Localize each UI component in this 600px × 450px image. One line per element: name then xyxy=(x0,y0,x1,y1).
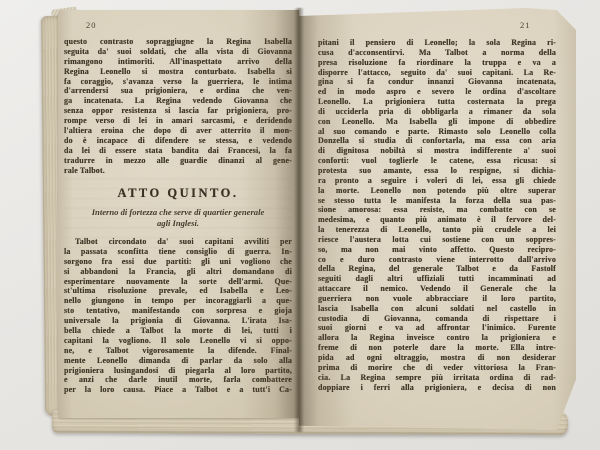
text-line: gina si fa condur innanzi Giovanna incat… xyxy=(318,77,556,87)
text-line: presa risoluzione fa riordinare la trupp… xyxy=(318,58,556,68)
bleed-through-text xyxy=(64,178,292,248)
paper-stains xyxy=(58,10,299,418)
text-line: ra pronto a seguire i voleri di lei, ess… xyxy=(318,176,556,186)
text-line: Donzella si studia di confortarla, ma es… xyxy=(318,136,556,146)
text-line: conforti: vuol toglierle le catene, essa… xyxy=(318,156,556,166)
text-line: rompe verso di lei in amari sarcasmi, e … xyxy=(64,116,292,126)
text-line: Leonello. La prigioniera tutta costernat… xyxy=(318,97,556,107)
text-line: attaccare il nemico. Vedendo il Generale… xyxy=(318,284,556,294)
paper-stains xyxy=(299,8,576,430)
text-line: di dignitosa nobiltà si mostra indiffere… xyxy=(318,146,556,156)
text-line: prima di morire che di veder vittoriosa … xyxy=(318,363,556,373)
text-line: al suo comando e parte. Rimasto solo Leo… xyxy=(318,127,556,137)
text-line: bella chiede a Talbot la morte di lei, t… xyxy=(64,326,292,336)
text-line: seguita da' suoi soldati, che alla vista… xyxy=(64,47,292,57)
text-line: della Regina, del generale Talbot e da F… xyxy=(318,264,556,274)
text-line: guerriera non vuole abbracciare il loro … xyxy=(318,294,556,304)
paragraph-2: Talbot circondato da' suoi capitani avvi… xyxy=(64,237,292,395)
text-line: e anzi che darle inutil morte, farla com… xyxy=(64,375,292,385)
text-line: se stesso tutta le manifesta la forza de… xyxy=(318,196,556,206)
text-line: sione amorosa: essa resiste, ma combatte… xyxy=(318,205,556,215)
text-line: prigioniera lusingandosi di piegarla al … xyxy=(64,366,292,376)
text-line: freme di non poterle dare la morte. Ella… xyxy=(318,343,556,353)
text-line: esperimentare nuovamente la sorte dell'a… xyxy=(64,277,292,287)
text-line: pitani il pensiero di Leonello; la sola … xyxy=(318,38,556,48)
text-line: lascia Isabella con alcuni soldati nel c… xyxy=(318,304,556,314)
text-line: per la loro causa. Piace a Talbot e a tu… xyxy=(64,385,292,395)
text-line: nello giungono in tempo per incoraggiarl… xyxy=(64,296,292,306)
paragraph-continuation: pitani il pensiero di Leonello; la sola … xyxy=(318,38,556,392)
text-line: Regina Leonello si mostra conturbato. Is… xyxy=(64,67,292,77)
text-line: ed in modo aspro e severo le ordina d'as… xyxy=(318,87,556,97)
scene-description: Interno di fortezza che serve di quartie… xyxy=(60,207,296,228)
right-page: 21 pitani il pensiero di Leonello; la so… xyxy=(299,8,576,430)
text-line: medesima, e quanto più animato è il ferv… xyxy=(318,215,556,225)
text-line: st'ultima risoluzione prevale, ed Isabel… xyxy=(64,286,292,296)
text-line: seguiti dagli altri uffiziali tutti inca… xyxy=(318,274,556,284)
text-line: l'altiera eroina che dopo di aver atterr… xyxy=(64,126,292,136)
text-line: doppiare i ferri alla prigioniera, e dec… xyxy=(318,383,556,393)
text-line: Talbot circondato da' suoi capitani avvi… xyxy=(64,237,292,247)
text-line: riesce l'austera lotta cui sostiene con … xyxy=(318,235,556,245)
text-line: pida ad ogni oltraggio, mostra di non de… xyxy=(318,353,556,363)
text-line: sto tentativo, manifestando con sorpresa… xyxy=(64,306,292,316)
text-line: fa coraggio, s'avanza verso la guerriera… xyxy=(64,77,292,87)
text-line: so, ma non mai vinto affetto. Questo rec… xyxy=(318,245,556,255)
text-line: rimangono intimoriti. All'inaspettato ar… xyxy=(64,57,292,67)
text-line: cusa d'acconsentirvi. Ma Talbot a norma … xyxy=(318,48,556,58)
text-line: Interno di fortezza che serve di quartie… xyxy=(60,207,296,218)
text-line: universale la prigionia di Giovanna. L'i… xyxy=(64,316,292,326)
text-line: disporre l'attacco, seguito da' suoi cap… xyxy=(318,68,556,78)
text-line: do è incapace di difendere se stessa, e … xyxy=(64,136,292,146)
text-line: protesta suo amante, essa lo respigne, s… xyxy=(318,166,556,176)
page-number-right: 21 xyxy=(520,20,531,30)
text-line: capitani la vogliono. Il solo Leonello v… xyxy=(64,336,292,346)
text-line: tradurre in mezzo alle guardie dinanzi a… xyxy=(64,156,292,166)
text-line: co e duro contrasto viene interrotto dal… xyxy=(318,255,556,265)
text-line: suoi giorni e va ad affrontar l'inimico.… xyxy=(318,323,556,333)
text-line: allora la Regina inveisce contro la prig… xyxy=(318,333,556,343)
text-line: questo contrasto sopraggiugne la Regina … xyxy=(64,37,292,47)
photo-background: 20 questo contrasto sopraggiugne la Regi… xyxy=(0,0,600,450)
text-line: senza oppor resistenza si lascia far pri… xyxy=(64,106,292,116)
text-line: ne, e Talbot vigorosamente la difende. F… xyxy=(64,346,292,356)
text-line: d'arrendersi sua prigioniera, e ordina c… xyxy=(64,86,292,96)
text-line: ga incatenata. La Regina vedendo Giovann… xyxy=(64,96,292,106)
text-line: da lei di essere stata bandita dai Franc… xyxy=(64,146,292,156)
text-line: la morte. Leonello non potendo più oltre… xyxy=(318,186,556,196)
text-line: di ucciderla pria di obbligarla a rimane… xyxy=(318,107,556,117)
paragraph-1: questo contrasto sopraggiugne la Regina … xyxy=(64,37,292,175)
book-gutter xyxy=(294,8,304,432)
text-line: rale Talbot. xyxy=(64,166,292,176)
act-heading: ATTO QUINTO. xyxy=(64,186,292,201)
text-line: cia. La Regina sempre più irritata ordin… xyxy=(318,373,556,383)
page-number-left: 20 xyxy=(86,20,97,30)
text-line: mente Leonello dimanda di parlar da solo… xyxy=(64,356,292,366)
text-line: la passata sconfitta tiene consiglio di … xyxy=(64,247,292,257)
text-line: custodia di Giovanna, comanda di rispett… xyxy=(318,314,556,324)
text-line: la tenerezza di Leonello, tanto più crud… xyxy=(318,225,556,235)
text-line: agli Inglesi. xyxy=(60,218,296,229)
text-line: si abbandoni la Francia, gli altri doman… xyxy=(64,267,292,277)
text-line: con Leonello. Ma Isabella gli impone di … xyxy=(318,117,556,127)
left-page: 20 questo contrasto sopraggiugne la Regi… xyxy=(58,10,299,418)
text-line: sorgono fra essi due partiti: gli uni vo… xyxy=(64,257,292,267)
